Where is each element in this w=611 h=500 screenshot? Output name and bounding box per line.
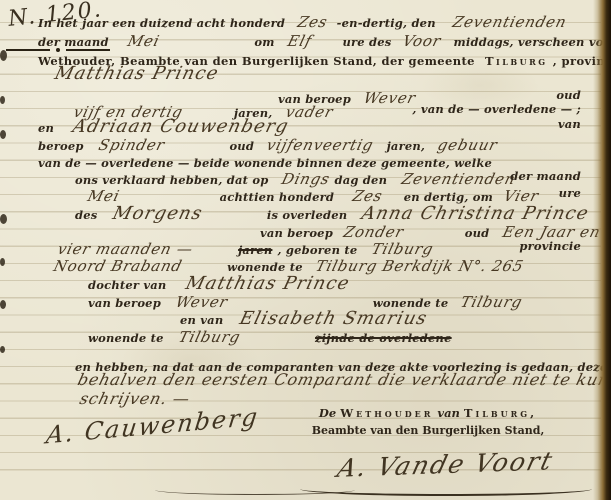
printed-text: van beroep	[260, 226, 333, 240]
printed-text: beroep	[38, 139, 84, 153]
handwritten-text: Spinder	[97, 138, 166, 152]
handwritten-text: Adriaan Couwenberg	[71, 120, 290, 134]
printed-text: der maand	[510, 169, 581, 183]
handwritten-text: Een Jaar en	[501, 225, 602, 239]
printed-text: wonende te	[227, 260, 303, 274]
officer-title-line: De Wethouder van Tilburg,	[293, 406, 563, 420]
handwritten-text: Matthias Prince	[184, 277, 351, 291]
printed-text: oud	[556, 88, 581, 102]
form-line: Mei achttien honderd Zes en dertig, om V…	[38, 186, 581, 204]
book-binding-edge	[593, 0, 611, 500]
printed-text: In het jaar een duizend acht honderd	[38, 16, 285, 30]
form-line: Noord Braband wonende te Tilburg Berkdij…	[38, 256, 581, 274]
officer-subtitle-line: Beambte van den Burgerlijken Stand,	[293, 424, 563, 437]
edge-mark	[0, 50, 7, 61]
form-line: van de — overledene — beide wonende binn…	[38, 152, 581, 170]
form-line: Matthias Prince	[55, 64, 581, 82]
handwritten-text: vier maanden —	[56, 242, 194, 256]
printed-text: ons verklaard hebben, dat op	[75, 173, 268, 187]
form-line: beroep Spinder oud vijfenveertig jaren, …	[38, 135, 581, 153]
printed-text: Wethouder	[340, 406, 433, 420]
handwritten-text: Elisabeth Smarius	[239, 312, 430, 326]
closing-hand-line-1: behalven den eersten Comparant die verkl…	[78, 370, 581, 388]
printed-text: ure des	[342, 35, 391, 49]
form-line: wonende te Tilburg zijnde de overledene	[88, 327, 581, 345]
printed-text: van	[437, 406, 460, 420]
struck-text: jaren	[238, 243, 272, 257]
handwritten-text: Matthias Prince	[53, 67, 220, 81]
printed-text: middags, verscheen voor ons	[454, 35, 611, 49]
handwritten-text: Dings	[280, 172, 331, 186]
handwritten-text: Elf	[286, 34, 313, 48]
handwritten-text: Anna Christina Prince	[361, 207, 591, 221]
handwritten-text: Tilburg Berkdijk N°. 265	[314, 259, 525, 273]
edge-mark	[0, 96, 5, 104]
handwritten-text: Noord Braband	[52, 259, 184, 273]
form-line: In het jaar een duizend acht honderd Zes…	[38, 12, 581, 30]
form-line: van beroep Zonder oud Een Jaar en	[38, 222, 581, 240]
handwritten-text: Tilburg	[371, 242, 436, 256]
closing-hand-line-2: schrijven. —	[80, 389, 581, 407]
printed-text: van	[558, 117, 581, 131]
printed-text: provincie	[519, 239, 581, 253]
death-record-scan: N. 120. In het jaar een duizend acht hon…	[0, 0, 611, 500]
signature-official: A. Vande Voort	[334, 446, 556, 483]
printed-text: en dertig, om	[404, 190, 493, 204]
printed-text: jaren,	[387, 139, 426, 153]
printed-text: Tilburg,	[464, 406, 537, 420]
struck-text: zijnde de overledene	[315, 331, 452, 345]
edge-mark	[0, 214, 7, 224]
printed-text: om	[254, 35, 274, 49]
handwritten-text: Zeventienden	[400, 172, 517, 186]
handwritten-text: Zes	[296, 15, 329, 29]
printed-text: van beroep	[88, 296, 161, 310]
edge-mark	[0, 300, 6, 309]
printed-text: wonende te	[88, 331, 164, 345]
form-line: des Morgens is overleden Anna Christina …	[75, 204, 581, 222]
handwritten-text: Voor	[401, 34, 442, 48]
handwritten-text: vijfenveertig	[265, 138, 375, 152]
form-line: en Adriaan Couwenberg van	[38, 117, 581, 135]
handwritten-text: Mei	[86, 189, 121, 203]
printed-text: achttien honderd	[220, 190, 335, 204]
handwritten-text: schrijven. —	[78, 392, 191, 406]
handwritten-text: behalven den eersten Comparant die verkl…	[76, 373, 611, 387]
signature-comparant: A. Cauwenberg	[45, 402, 261, 449]
form-line: ons verklaard hebben, dat op Dings dag d…	[75, 169, 581, 187]
handwritten-text: Zonder	[342, 225, 405, 239]
edge-mark	[0, 258, 5, 266]
printed-text: , van de — overledene — ;	[412, 102, 581, 116]
printed-text: des	[75, 208, 97, 222]
handwritten-text: Wever	[174, 295, 229, 309]
printed-text: oud	[465, 226, 490, 240]
printed-text: dochter van	[88, 278, 166, 292]
form-line: en van Elisabeth Smarius	[38, 309, 581, 327]
printed-text: van de — overledene — beide wonende binn…	[38, 156, 492, 170]
handwritten-text: Tilburg	[177, 330, 242, 344]
printed-text: -en-dertig, den	[337, 16, 436, 30]
printed-text: en van	[180, 313, 223, 327]
printed-text: De	[319, 406, 336, 420]
printed-text: ure	[559, 186, 581, 200]
printed-text: dag den	[334, 173, 387, 187]
printed-text: oud	[229, 139, 254, 153]
handwritten-text: Tilburg	[460, 295, 525, 309]
printed-text: , geboren te	[278, 243, 358, 257]
edge-mark	[0, 346, 5, 353]
handwritten-text: Morgens	[111, 207, 204, 221]
signature-flourish	[155, 489, 355, 495]
printed-text: en	[38, 121, 54, 135]
handwritten-text: Zeventienden	[451, 15, 568, 29]
form-line: dochter van Matthias Prince	[88, 274, 581, 292]
edge-mark	[0, 130, 6, 139]
handwritten-text: Mei	[126, 34, 161, 48]
handwritten-text: Zes	[352, 189, 385, 203]
handwritten-text: Vier	[502, 189, 540, 203]
officer-block: De Wethouder van Tilburg, Beambte van de…	[293, 406, 563, 437]
printed-text: is overleden	[267, 208, 347, 222]
handwritten-text: gebuur	[436, 138, 499, 152]
form-line: der maand Mei om Elf ure des Voor middag…	[38, 31, 581, 49]
form-line: vier maanden — jaren , geboren te Tilbur…	[38, 239, 581, 257]
printed-text: der maand	[38, 35, 109, 49]
